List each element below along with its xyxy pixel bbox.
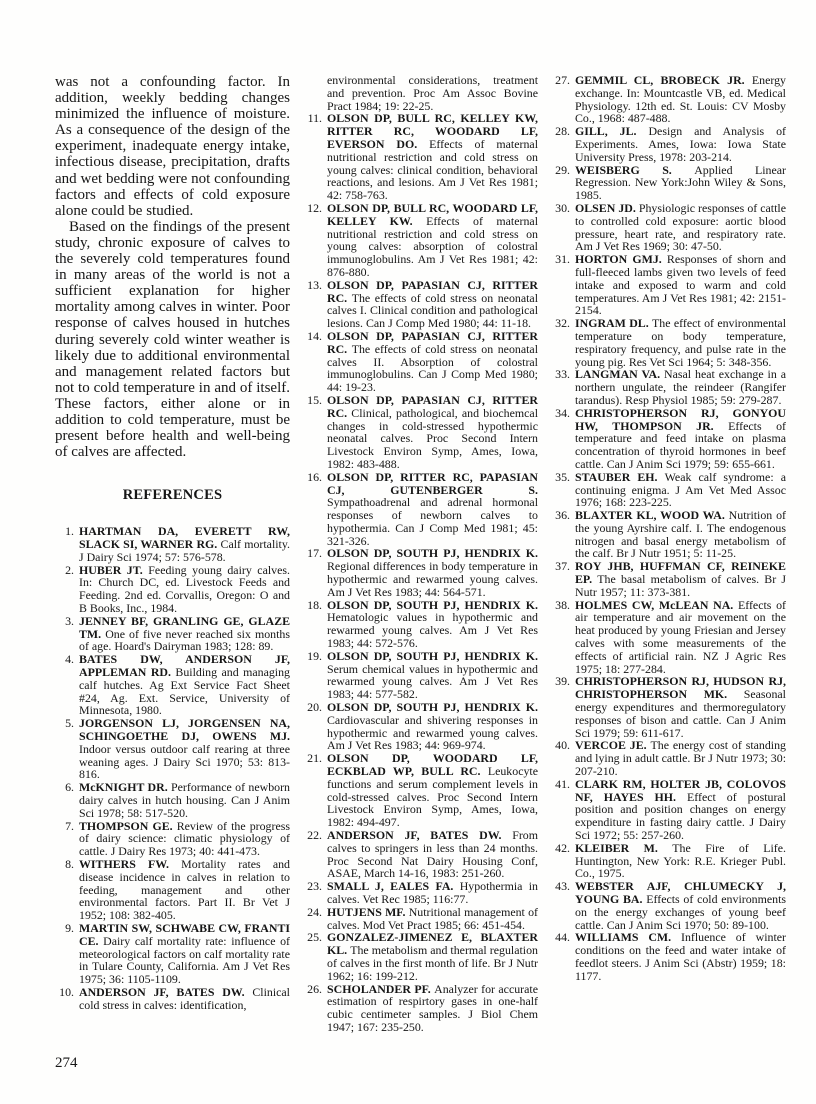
reference-list-right: 27.GEMMIL CL, BROBECK JR. Energy exchang… <box>551 74 786 983</box>
reference-number: 10. <box>55 986 79 1012</box>
reference-number: 20. <box>303 701 327 752</box>
reference-text: WITHERS FW. Mortality rates and disease … <box>79 858 290 922</box>
reference-text: HARTMAN DA, EVERETT RW, SLACK SI, WARNER… <box>79 525 290 563</box>
reference-item: 35.STAUBER EH. Weak calf syndrome: a con… <box>551 471 786 509</box>
reference-number: 18. <box>303 599 327 650</box>
reference-item: 34.CHRISTOPHERSON RJ, GONYOU HW, THOMPSO… <box>551 407 786 471</box>
reference-list-middle: 11.OLSON DP, BULL RC, KELLEY KW, RITTER … <box>303 112 538 1033</box>
reference-authors: ANDERSON JF, BATES DW. <box>79 985 252 999</box>
reference-authors: HORTON GMJ. <box>575 252 667 266</box>
reference-authors: OLSEN JD. <box>575 201 639 215</box>
reference-number: 42. <box>551 842 575 880</box>
reference-list-left: 1.HARTMAN DA, EVERETT RW, SLACK SI, WARN… <box>55 525 290 1011</box>
reference-number: 11. <box>303 112 327 202</box>
reference-item: 17.OLSON DP, SOUTH PJ, HENDRIX K. Region… <box>303 547 538 598</box>
body-paragraph: Based on the findings of the present stu… <box>55 219 290 460</box>
reference-number: 36. <box>551 509 575 560</box>
reference-number: 28. <box>551 125 575 163</box>
reference-authors: BLAXTER KL, WOOD WA. <box>575 508 729 522</box>
reference-item: 23.SMALL J, EALES FA. Hypothermia in cal… <box>303 880 538 906</box>
reference-number: 14. <box>303 330 327 394</box>
reference-item: 22.ANDERSON JF, BATES DW. From calves to… <box>303 829 538 880</box>
reference-text: GONZALEZ-JIMENEZ E, BLAXTER KL. The meta… <box>327 931 538 982</box>
reference-item: 12.OLSON DP, BULL RC, WOODARD LF, KELLEY… <box>303 202 538 279</box>
reference-text: THOMPSON GE. Review of the progress of d… <box>79 820 290 858</box>
reference-text: ANDERSON JF, BATES DW. Clinical cold str… <box>79 986 290 1012</box>
reference-item: 42.KLEIBER M. The Fire of Life. Huntingt… <box>551 842 786 880</box>
reference-authors: OLSON DP, RITTER RC, PAPASIAN CJ, GUTENB… <box>327 470 538 497</box>
reference-text: OLSEN JD. Physiologic responses of cattl… <box>575 202 786 253</box>
reference-number: 30. <box>551 202 575 253</box>
reference-authors: OLSON DP, PAPASIAN CJ, RITTER RC. <box>327 278 538 305</box>
reference-item: 10.ANDERSON JF, BATES DW. Clinical cold … <box>55 986 290 1012</box>
reference-number: 8. <box>55 858 79 922</box>
reference-number: 1. <box>55 525 79 563</box>
reference-number: 32. <box>551 317 575 368</box>
reference-item: 4.BATES DW, ANDERSON JF, APPLEMAN RD. Bu… <box>55 653 290 717</box>
reference-text: JORGENSON LJ, JORGENSEN NA, SCHINGOETHE … <box>79 717 290 781</box>
reference-authors: OLSON DP, WOODARD LF, ECKBLAD WP, BULL R… <box>327 751 538 778</box>
body-paragraph: was not a confounding factor. In additio… <box>55 74 290 219</box>
reference-text: MARTIN SW, SCHWABE CW, FRANTI CE. Dairy … <box>79 922 290 986</box>
reference-text: HORTON GMJ. Responses of shorn and full-… <box>575 253 786 317</box>
reference-number: 17. <box>303 547 327 598</box>
reference-authors: LANGMAN VA. <box>575 367 664 381</box>
reference-text: WEISBERG S. Applied Linear Regression. N… <box>575 164 786 202</box>
reference-number: 38. <box>551 599 575 676</box>
page-columns: was not a confounding factor. In additio… <box>55 74 787 1034</box>
reference-item: 32.INGRAM DL. The effect of environmenta… <box>551 317 786 368</box>
reference-number: 13. <box>303 279 327 330</box>
reference-item: 36.BLAXTER KL, WOOD WA. Nutrition of the… <box>551 509 786 560</box>
reference-item: 11.OLSON DP, BULL RC, KELLEY KW, RITTER … <box>303 112 538 202</box>
reference-authors: BATES DW, ANDERSON JF, APPLEMAN RD. <box>79 652 290 679</box>
reference-text: CLARK RM, HOLTER JB, COLOVOS NF, HAYES H… <box>575 778 786 842</box>
reference-item: 29.WEISBERG S. Applied Linear Regression… <box>551 164 786 202</box>
reference-authors: OLSON DP, BULL RC, KELLEY KW, RITTER RC,… <box>327 111 538 151</box>
reference-item: 30.OLSEN JD. Physiologic responses of ca… <box>551 202 786 253</box>
reference-text: WEBSTER AJF, CHLUMECKY J, YOUNG BA. Effe… <box>575 880 786 931</box>
reference-number: 24. <box>303 906 327 932</box>
reference-text: KLEIBER M. The Fire of Life. Huntington,… <box>575 842 786 880</box>
reference-text: CHRISTOPHERSON RJ, GONYOU HW, THOMPSON J… <box>575 407 786 471</box>
reference-authors: HOLMES CW, McLEAN NA. <box>575 598 738 612</box>
reference-authors: CHRISTOPHERSON RJ, GONYOU HW, THOMPSON J… <box>575 406 786 433</box>
reference-number: 21. <box>303 752 327 829</box>
reference-number: 19. <box>303 650 327 701</box>
reference-authors: SCHOLANDER PF. <box>327 982 434 996</box>
reference-authors: OLSON DP, SOUTH PJ, HENDRIX K. <box>327 700 538 714</box>
reference-authors: OLSON DP, PAPASIAN CJ, RITTER RC. <box>327 329 538 356</box>
reference-text: OLSON DP, SOUTH PJ, HENDRIX K. Cardiovas… <box>327 701 538 752</box>
reference-number: 33. <box>551 368 575 406</box>
reference-text: OLSON DP, RITTER RC, PAPASIAN CJ, GUTENB… <box>327 471 538 548</box>
reference-number: 9. <box>55 922 79 986</box>
reference-text: WILLIAMS CM. Influence of winter conditi… <box>575 931 786 982</box>
reference-item: 1.HARTMAN DA, EVERETT RW, SLACK SI, WARN… <box>55 525 290 563</box>
reference-authors: ANDERSON JF, BATES DW. <box>327 828 512 842</box>
reference-authors: HUBER JT. <box>79 563 148 577</box>
reference-item: 24.HUTJENS MF. Nutritional management of… <box>303 906 538 932</box>
reference-number: 39. <box>551 675 575 739</box>
reference-text: OLSON DP, SOUTH PJ, HENDRIX K. Regional … <box>327 547 538 598</box>
reference-number: 22. <box>303 829 327 880</box>
reference-text: OLSON DP, PAPASIAN CJ, RITTER RC. The ef… <box>327 330 538 394</box>
reference-number: 27. <box>551 74 575 125</box>
reference-item: 3.JENNEY BF, GRANLING GE, GLAZE TM. One … <box>55 615 290 653</box>
reference-number: 5. <box>55 717 79 781</box>
reference-authors: CLARK RM, HOLTER JB, COLOVOS NF, HAYES H… <box>575 777 786 804</box>
reference-authors: OLSON DP, SOUTH PJ, HENDRIX K. <box>327 598 538 612</box>
reference-number: 2. <box>55 564 79 615</box>
reference-authors: HUTJENS MF. <box>327 905 409 919</box>
reference-authors: HARTMAN DA, EVERETT RW, SLACK SI, WARNER… <box>79 524 290 551</box>
reference-number: 23. <box>303 880 327 906</box>
reference-number: 44. <box>551 931 575 982</box>
reference-text: ROY JHB, HUFFMAN CF, REINEKE EP. The bas… <box>575 560 786 598</box>
reference-number: 31. <box>551 253 575 317</box>
reference-text: GEMMIL CL, BROBECK JR. Energy exchange. … <box>575 74 786 125</box>
reference-authors: GILL, JL. <box>575 124 648 138</box>
reference-number: 7. <box>55 820 79 858</box>
reference-item: 14.OLSON DP, PAPASIAN CJ, RITTER RC. The… <box>303 330 538 394</box>
reference-item: 15.OLSON DP, PAPASIAN CJ, RITTER RC. Cli… <box>303 394 538 471</box>
reference-authors: CHRISTOPHERSON RJ, HUDSON RJ, CHRISTOPHE… <box>575 674 786 701</box>
reference-text: OLSON DP, SOUTH PJ, HENDRIX K. Serum che… <box>327 650 538 701</box>
reference-item: 6.McKNIGHT DR. Performance of newborn da… <box>55 781 290 819</box>
reference-item: 33.LANGMAN VA. Nasal heat exchange in a … <box>551 368 786 406</box>
reference-text: OLSON DP, BULL RC, KELLEY KW, RITTER RC,… <box>327 112 538 202</box>
reference-number: 15. <box>303 394 327 471</box>
reference-text: GILL, JL. Design and Analysis of Experim… <box>575 125 786 163</box>
reference-authors: MARTIN SW, SCHWABE CW, FRANTI CE. <box>79 921 290 948</box>
reference-authors: GONZALEZ-JIMENEZ E, BLAXTER KL. <box>327 930 538 957</box>
reference-item: 7.THOMPSON GE. Review of the progress of… <box>55 820 290 858</box>
reference-text: STAUBER EH. Weak calf syndrome: a contin… <box>575 471 786 509</box>
column-left: was not a confounding factor. In additio… <box>55 74 290 1034</box>
reference-text: ANDERSON JF, BATES DW. From calves to sp… <box>327 829 538 880</box>
reference-authors: THOMPSON GE. <box>79 819 177 833</box>
reference-text: OLSON DP, PAPASIAN CJ, RITTER RC. Clinic… <box>327 394 538 471</box>
reference-text: INGRAM DL. The effect of environmental t… <box>575 317 786 368</box>
reference-item: 20.OLSON DP, SOUTH PJ, HENDRIX K. Cardio… <box>303 701 538 752</box>
reference-number: 43. <box>551 880 575 931</box>
reference-authors: ROY JHB, HUFFMAN CF, REINEKE EP. <box>575 559 786 586</box>
reference-number: 26. <box>303 983 327 1034</box>
reference-item: 27.GEMMIL CL, BROBECK JR. Energy exchang… <box>551 74 786 125</box>
reference-item: 25.GONZALEZ-JIMENEZ E, BLAXTER KL. The m… <box>303 931 538 982</box>
reference-text: OLSON DP, PAPASIAN CJ, RITTER RC. The ef… <box>327 279 538 330</box>
reference-item: 19.OLSON DP, SOUTH PJ, HENDRIX K. Serum … <box>303 650 538 701</box>
reference-authors: WEBSTER AJF, CHLUMECKY J, YOUNG BA. <box>575 879 786 906</box>
reference-authors: WITHERS FW. <box>79 857 181 871</box>
reference-item: 8.WITHERS FW. Mortality rates and diseas… <box>55 858 290 922</box>
reference-text: HUBER JT. Feeding young dairy calves. In… <box>79 564 290 615</box>
reference-text: HUTJENS MF. Nutritional management of ca… <box>327 906 538 932</box>
reference-text: OLSON DP, BULL RC, WOODARD LF, KELLEY KW… <box>327 202 538 279</box>
reference-authors: INGRAM DL. <box>575 316 652 330</box>
reference-item: 9.MARTIN SW, SCHWABE CW, FRANTI CE. Dair… <box>55 922 290 986</box>
reference-text: SCHOLANDER PF. Analyzer for accurate est… <box>327 983 538 1034</box>
reference-authors: OLSON DP, SOUTH PJ, HENDRIX K. <box>327 546 538 560</box>
reference-authors: OLSON DP, SOUTH PJ, HENDRIX K. <box>327 649 538 663</box>
reference-item: 44.WILLIAMS CM. Influence of winter cond… <box>551 931 786 982</box>
reference-number: 37. <box>551 560 575 598</box>
reference-number: 12. <box>303 202 327 279</box>
reference-authors: WEISBERG S. <box>575 163 694 177</box>
reference-item: 13.OLSON DP, PAPASIAN CJ, RITTER RC. The… <box>303 279 538 330</box>
journal-page: was not a confounding factor. In additio… <box>0 0 816 1104</box>
reference-text: OLSON DP, SOUTH PJ, HENDRIX K. Hematolog… <box>327 599 538 650</box>
reference-number: 40. <box>551 739 575 777</box>
reference-item: 26.SCHOLANDER PF. Analyzer for accurate … <box>303 983 538 1034</box>
reference-number: 35. <box>551 471 575 509</box>
column-middle: environmental considerations, treatment … <box>303 74 538 1034</box>
reference-item: 40.VERCOE JE. The energy cost of standin… <box>551 739 786 777</box>
reference-number: 6. <box>55 781 79 819</box>
reference-item: 28.GILL, JL. Design and Analysis of Expe… <box>551 125 786 163</box>
reference-text: OLSON DP, WOODARD LF, ECKBLAD WP, BULL R… <box>327 752 538 829</box>
reference-text: BLAXTER KL, WOOD WA. Nutrition of the yo… <box>575 509 786 560</box>
reference-authors: McKNIGHT DR. <box>79 780 171 794</box>
reference-number: 34. <box>551 407 575 471</box>
reference-authors: GEMMIL CL, BROBECK JR. <box>575 73 752 87</box>
reference-number: 29. <box>551 164 575 202</box>
reference-authors: SMALL J, EALES FA. <box>327 879 460 893</box>
reference-item: 16.OLSON DP, RITTER RC, PAPASIAN CJ, GUT… <box>303 471 538 548</box>
page-number: 274 <box>55 1055 78 1072</box>
reference-text: HOLMES CW, McLEAN NA. Effects of air tem… <box>575 599 786 676</box>
column-right: 27.GEMMIL CL, BROBECK JR. Energy exchang… <box>551 74 786 1034</box>
reference-authors: WILLIAMS CM. <box>575 930 681 944</box>
reference-text: CHRISTOPHERSON RJ, HUDSON RJ, CHRISTOPHE… <box>575 675 786 739</box>
reference-authors: VERCOE JE. <box>575 738 650 752</box>
reference-authors: OLSON DP, PAPASIAN CJ, RITTER RC. <box>327 393 538 420</box>
reference-text: JENNEY BF, GRANLING GE, GLAZE TM. One of… <box>79 615 290 653</box>
reference-number: 4. <box>55 653 79 717</box>
reference-number: 25. <box>303 931 327 982</box>
reference-item: 5.JORGENSON LJ, JORGENSEN NA, SCHINGOETH… <box>55 717 290 781</box>
reference-item: 21.OLSON DP, WOODARD LF, ECKBLAD WP, BUL… <box>303 752 538 829</box>
reference-continuation: environmental considerations, treatment … <box>327 74 538 112</box>
reference-text: VERCOE JE. The energy cost of standing a… <box>575 739 786 777</box>
reference-authors: KLEIBER M. <box>575 841 672 855</box>
references-heading: REFERENCES <box>55 487 290 504</box>
reference-item: 41.CLARK RM, HOLTER JB, COLOVOS NF, HAYE… <box>551 778 786 842</box>
reference-item: 43.WEBSTER AJF, CHLUMECKY J, YOUNG BA. E… <box>551 880 786 931</box>
reference-text: LANGMAN VA. Nasal heat exchange in a nor… <box>575 368 786 406</box>
reference-item: 31.HORTON GMJ. Responses of shorn and fu… <box>551 253 786 317</box>
reference-item: 37.ROY JHB, HUFFMAN CF, REINEKE EP. The … <box>551 560 786 598</box>
reference-item: 2.HUBER JT. Feeding young dairy calves. … <box>55 564 290 615</box>
reference-number: 3. <box>55 615 79 653</box>
reference-item: 38.HOLMES CW, McLEAN NA. Effects of air … <box>551 599 786 676</box>
reference-number: 41. <box>551 778 575 842</box>
reference-authors: STAUBER EH. <box>575 470 665 484</box>
reference-number: 16. <box>303 471 327 548</box>
reference-item: 39.CHRISTOPHERSON RJ, HUDSON RJ, CHRISTO… <box>551 675 786 739</box>
reference-text: SMALL J, EALES FA. Hypothermia in calves… <box>327 880 538 906</box>
reference-text: McKNIGHT DR. Performance of newborn dair… <box>79 781 290 819</box>
discussion-text: was not a confounding factor. In additio… <box>55 74 290 460</box>
reference-text: BATES DW, ANDERSON JF, APPLEMAN RD. Buil… <box>79 653 290 717</box>
reference-authors: JORGENSON LJ, JORGENSEN NA, SCHINGOETHE … <box>79 716 290 743</box>
reference-item: 18.OLSON DP, SOUTH PJ, HENDRIX K. Hemato… <box>303 599 538 650</box>
reference-authors: JENNEY BF, GRANLING GE, GLAZE TM. <box>79 614 290 641</box>
reference-authors: OLSON DP, BULL RC, WOODARD LF, KELLEY KW… <box>327 201 538 228</box>
